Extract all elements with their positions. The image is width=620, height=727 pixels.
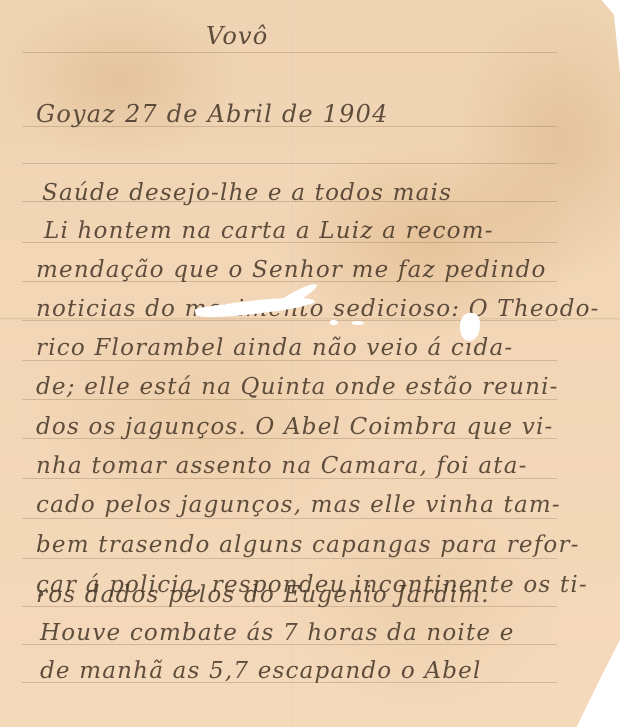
letter-line: rico Florambel ainda não veio á cida- <box>36 335 513 361</box>
letter-line: noticias do movimento sedicioso: O Theod… <box>36 296 600 322</box>
letter-line: cado pelos jagunços, mas elle vinha tam- <box>36 492 561 518</box>
ruled-line <box>22 558 557 559</box>
letter-line: de; elle está na Quinta onde estão reuni… <box>36 374 559 400</box>
ruled-line <box>22 518 557 519</box>
letter-line: Saúde desejo-lhe e a todos mais <box>42 180 452 206</box>
ruled-line <box>22 52 557 53</box>
paper-tear <box>330 320 338 325</box>
letter-header: Vovô <box>206 22 268 50</box>
letter-line: Li hontem na carta a Luiz a recom- <box>44 218 494 244</box>
ruled-line <box>22 163 557 164</box>
letter-line: ros dados pelos do Eugenio Jardim. <box>36 582 490 608</box>
letter-line: Houve combate ás 7 horas da noite e <box>40 620 515 646</box>
letter-line: bem trasendo alguns capangas para refor- <box>36 532 580 558</box>
letter-line: dos os jagunços. O Abel Coimbra que vi- <box>36 414 554 440</box>
letter-line: de manhã as 5,7 escapando o Abel <box>40 658 482 684</box>
paper-tear <box>352 321 364 325</box>
letter-page: Vovô Goyaz 27 de Abril de 1904 Saúde des… <box>0 0 620 727</box>
letter-line: nha tomar assento na Camara, foi ata- <box>36 453 528 479</box>
letter-line: mendação que o Senhor me faz pedindo <box>36 257 547 283</box>
letter-date: Goyaz 27 de Abril de 1904 <box>36 100 389 128</box>
